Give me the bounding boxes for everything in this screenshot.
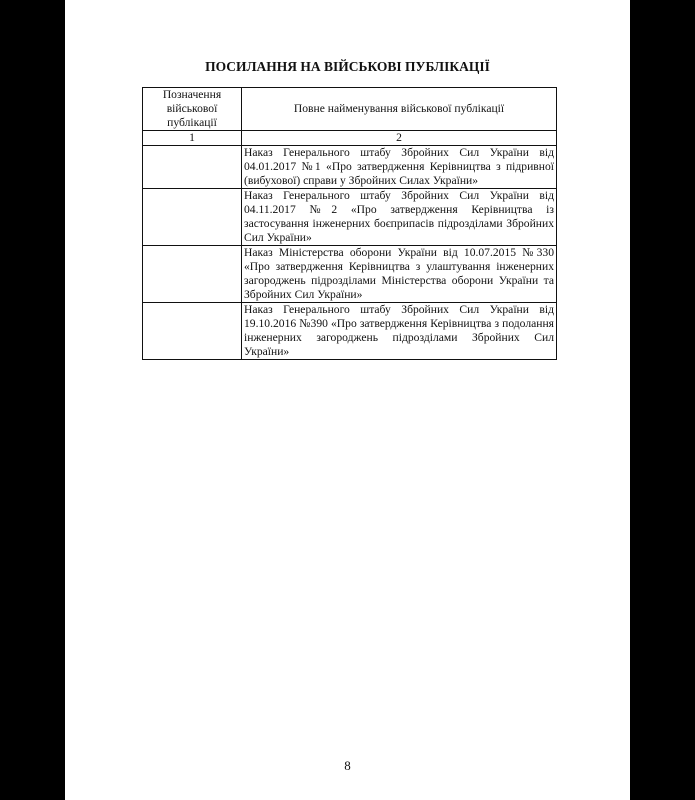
publications-table: Позначення військової публікації Повне н… — [142, 87, 557, 360]
table-row: Наказ Генерального штабу Збройних Сил Ук… — [143, 303, 557, 360]
full-name-cell: Наказ Генерального штабу Збройних Сил Ук… — [242, 303, 557, 360]
designation-cell — [143, 146, 242, 189]
table-row: Наказ Міністерства оборони України від 1… — [143, 246, 557, 303]
table-header-row: Позначення військової публікації Повне н… — [143, 88, 557, 131]
page-title: ПОСИЛАННЯ НА ВІЙСЬКОВІ ПУБЛІКАЦІЇ — [65, 59, 630, 75]
column-number-1: 1 — [143, 131, 242, 146]
full-name-cell: Наказ Міністерства оборони України від 1… — [242, 246, 557, 303]
column-number-2: 2 — [242, 131, 557, 146]
header-designation: Позначення військової публікації — [143, 88, 242, 131]
designation-cell — [143, 246, 242, 303]
designation-cell — [143, 303, 242, 360]
table-row: Наказ Генерального штабу Збройних Сил Ук… — [143, 146, 557, 189]
column-number-row: 1 2 — [143, 131, 557, 146]
header-full-name: Повне найменування військової публікації — [242, 88, 557, 131]
full-name-cell: Наказ Генерального штабу Збройних Сил Ук… — [242, 189, 557, 246]
document-page: ПОСИЛАННЯ НА ВІЙСЬКОВІ ПУБЛІКАЦІЇ Познач… — [65, 0, 630, 800]
designation-cell — [143, 189, 242, 246]
page-number: 8 — [65, 758, 630, 774]
table-row: Наказ Генерального штабу Збройних Сил Ук… — [143, 189, 557, 246]
full-name-cell: Наказ Генерального штабу Збройних Сил Ук… — [242, 146, 557, 189]
